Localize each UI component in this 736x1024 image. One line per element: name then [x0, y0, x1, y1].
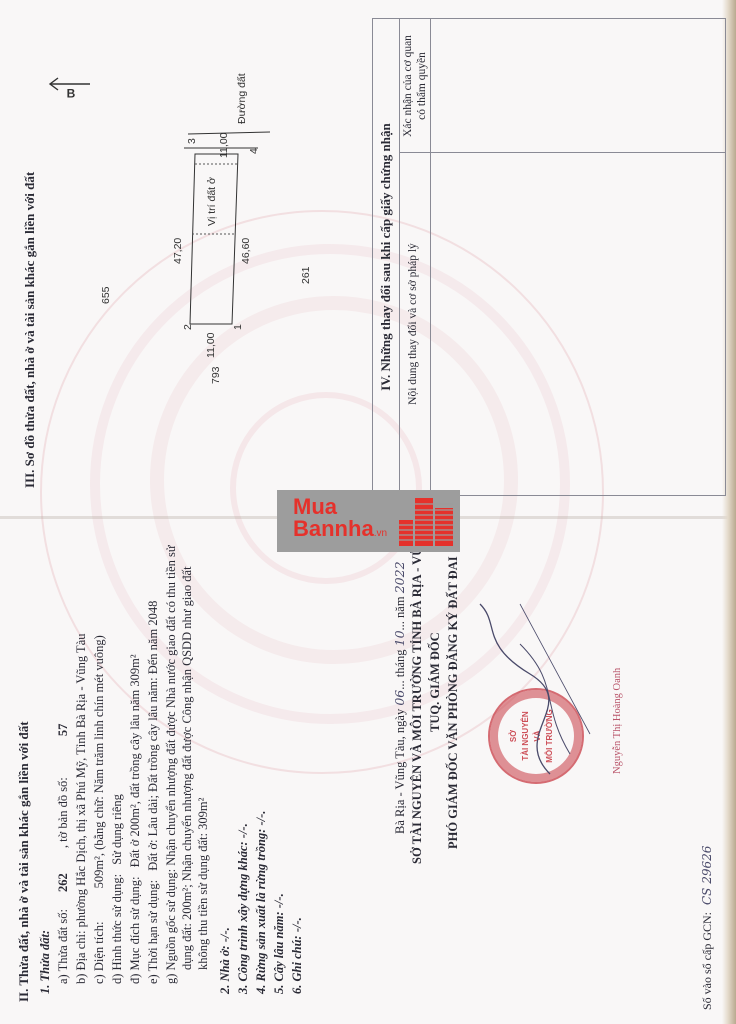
section-iv-title: IV. Những thay đổi sau khi cấp giấy chứn…: [373, 19, 400, 495]
section-ii-title: II. Thửa đất, nhà ở và tài sản khác gắn …: [16, 721, 32, 1002]
registry-row: Số vào sổ cấp GCN: CS 29626: [700, 846, 715, 1010]
purpose-label: đ) Mục đích sử dụng:: [128, 877, 142, 984]
corner-label: 1: [232, 324, 244, 330]
usage-form-row: d) Hình thức sử dụng: Sử dụng riêng: [110, 794, 125, 984]
authorization-line: TUQ. GIÁM ĐỐC: [428, 632, 443, 732]
parcel-number: 262: [56, 873, 70, 892]
neighbor-parcel-label: 655: [100, 286, 112, 304]
changes-table: IV. Những thay đổi sau khi cấp giấy chứn…: [372, 18, 726, 496]
changes-column: Nội dung thay đổi và cơ sở pháp lý: [399, 152, 725, 495]
origin-row-2: dụng đất: 200m²; Nhận chuyển nhượng đất …: [180, 566, 195, 970]
registry-value: CS 29626: [700, 846, 714, 905]
neighbor-parcel-label: 261: [300, 266, 312, 284]
origin-row-1: g) Nguồn gốc sử dụng: Nhận chuyển nhượng…: [164, 545, 179, 984]
edge-length-bottom: 46,60: [240, 238, 252, 264]
mua-ban-nha-watermark: Mua Bannha.vn: [277, 490, 460, 552]
subsection-parcel-title: 1. Thửa đất:: [38, 930, 53, 994]
edge-length-left: 11,00: [205, 333, 217, 359]
other-construction-item: 3. Công trình xây dựng khác: -/-.: [236, 823, 251, 994]
address-row: b) Địa chỉ: phường Hắc Dịch, thị xã Phú …: [74, 634, 89, 985]
month-label: tháng: [393, 649, 407, 677]
watermark-line1: Mua: [293, 496, 337, 518]
date-year: 2022: [392, 561, 407, 593]
purpose-row: đ) Mục đích sử dụng: Đất ở 200m², đất tr…: [128, 654, 143, 984]
perennial-trees-item: 5. Cây lâu năm: -/-.: [272, 893, 287, 994]
planted-forest-item: 4. Rừng sản xuất là rừng trồng: -/-.: [254, 811, 269, 994]
usage-form-value: Sử dụng riêng: [110, 794, 124, 865]
area-row: c) Diện tích: 509m², (bằng chữ: Năm trăm…: [92, 635, 107, 984]
corner-label: 2: [182, 324, 194, 330]
signer-name: Nguyễn Thị Hoàng Oanh: [612, 668, 623, 774]
map-sheet-label: , tờ bản đồ số:: [56, 777, 70, 848]
edge-length-right: 11,00: [218, 133, 230, 159]
building-icon: [399, 494, 455, 546]
map-sheet-number: 57: [56, 724, 70, 737]
parcel-number-row: a) Thửa đất số: 262 , tờ bản đồ số: 57: [56, 724, 71, 984]
purpose-value: Đất ở 200m², đất trồng cây lâu năm 309m²: [128, 654, 142, 867]
confirmation-column: Xác nhận của cơ quan có thẩm quyền: [399, 19, 725, 153]
term-value: Đất ở: Lâu dài; Đất trồng cây lâu năm: Đ…: [146, 601, 160, 871]
corner-label: 4: [248, 148, 260, 154]
issuing-agency: SỞ TÀI NGUYÊN VÀ MÔI TRƯỜNG TỈNH BÀ RỊA …: [410, 499, 425, 864]
usage-form-label: d) Hình thức sử dụng:: [110, 874, 124, 984]
notes-item: 6. Ghi chú: -/-.: [290, 917, 305, 994]
changes-column-header: Nội dung thay đổi và cơ sở pháp lý: [399, 153, 431, 495]
date-day: 06: [392, 690, 407, 706]
road-label: Đường đất: [236, 73, 248, 124]
handwritten-signature: [470, 594, 600, 794]
term-label: e) Thời hạn sử dụng:: [146, 880, 160, 984]
date-month: 10: [392, 630, 407, 646]
parcel-label: a) Thửa đất số:: [56, 909, 70, 984]
year-label: năm: [393, 596, 407, 618]
watermark-line2: Bannha.vn: [293, 518, 387, 545]
house-item: 2. Nhà ở: -/-.: [218, 927, 233, 994]
edge-length-top: 47,20: [172, 238, 184, 264]
area-value: 509m², (bằng chữ: Năm trăm linh chín mét…: [92, 635, 106, 888]
confirmation-header-line1: Xác nhận của cơ quan: [401, 19, 415, 153]
corner-label: 3: [186, 138, 198, 144]
registry-label: Số vào sổ cấp GCN:: [700, 912, 714, 1010]
confirmation-header-line2: có thẩm quyền: [415, 19, 429, 153]
residential-zone-label: Vị trí đất ở: [206, 177, 218, 226]
section-iii-title: III. Sơ đồ thửa đất, nhà ở và tài sản kh…: [22, 172, 38, 488]
north-label: B: [67, 87, 76, 101]
issue-date: Bà Rịa - Vũng Tàu, ngày 06... tháng 10..…: [392, 561, 408, 834]
neighbor-parcel-label: 793: [210, 366, 222, 384]
origin-row-3: không thu tiền sử dụng đất: 309m²: [196, 798, 211, 970]
scanned-document: II. Thửa đất, nhà ở và tài sản khác gắn …: [0, 0, 736, 1024]
date-prefix: Bà Rịa - Vũng Tàu, ngày: [393, 709, 407, 834]
area-label: c) Diện tích:: [92, 922, 106, 984]
confirmation-column-header: Xác nhận của cơ quan có thẩm quyền: [399, 19, 431, 153]
signer-position: PHÓ GIÁM ĐỐC VĂN PHÒNG ĐĂNG KÝ ĐẤT ĐAI: [446, 556, 461, 849]
term-row: e) Thời hạn sử dụng: Đất ở: Lâu dài; Đất…: [146, 601, 161, 984]
